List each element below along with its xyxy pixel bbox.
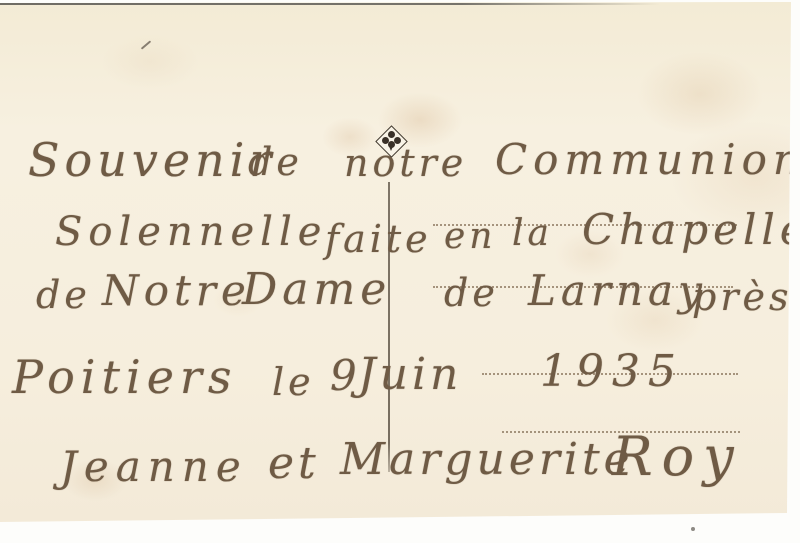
handwritten-word: Marguerite	[340, 438, 634, 482]
handwritten-word: en	[444, 219, 497, 255]
handwritten-word: Juin	[358, 353, 462, 397]
handwritten-word: Notre	[102, 270, 251, 312]
communion-souvenir-card: Souvenir de notre Communion Solennelle f…	[0, 2, 794, 524]
handwritten-word: Roy	[612, 430, 743, 484]
handwritten-word: de	[444, 274, 499, 312]
handwritten-word: Jeanne	[60, 446, 248, 488]
handwritten-word: de	[248, 143, 303, 181]
handwritten-word: Larnay	[528, 270, 707, 312]
handwritten-word: et	[268, 442, 320, 486]
handwritten-word: notre	[344, 144, 467, 182]
stray-ink-mark	[141, 40, 151, 49]
card-top-edge	[0, 3, 660, 5]
handwritten-word: Chapelle	[582, 209, 800, 251]
scanned-postcard-image: Souvenir de notre Communion Solennelle f…	[0, 0, 800, 543]
handwritten-word: Communion	[495, 139, 800, 181]
handwritten-word: de	[36, 276, 91, 314]
handwritten-word: 9	[330, 355, 361, 397]
handwritten-word: Poitiers	[12, 354, 238, 400]
handwritten-word: faite	[325, 220, 432, 258]
handwritten-word: Souvenir	[28, 137, 276, 183]
handwritten-word: la	[512, 216, 553, 252]
handwritten-word: Solennelle	[55, 212, 327, 252]
handwritten-word: Dame	[242, 268, 391, 312]
handwritten-word: près	[692, 278, 792, 316]
handwritten-word: 1935	[540, 350, 684, 394]
handwritten-word: le	[272, 363, 315, 401]
scan-speck	[691, 527, 695, 531]
